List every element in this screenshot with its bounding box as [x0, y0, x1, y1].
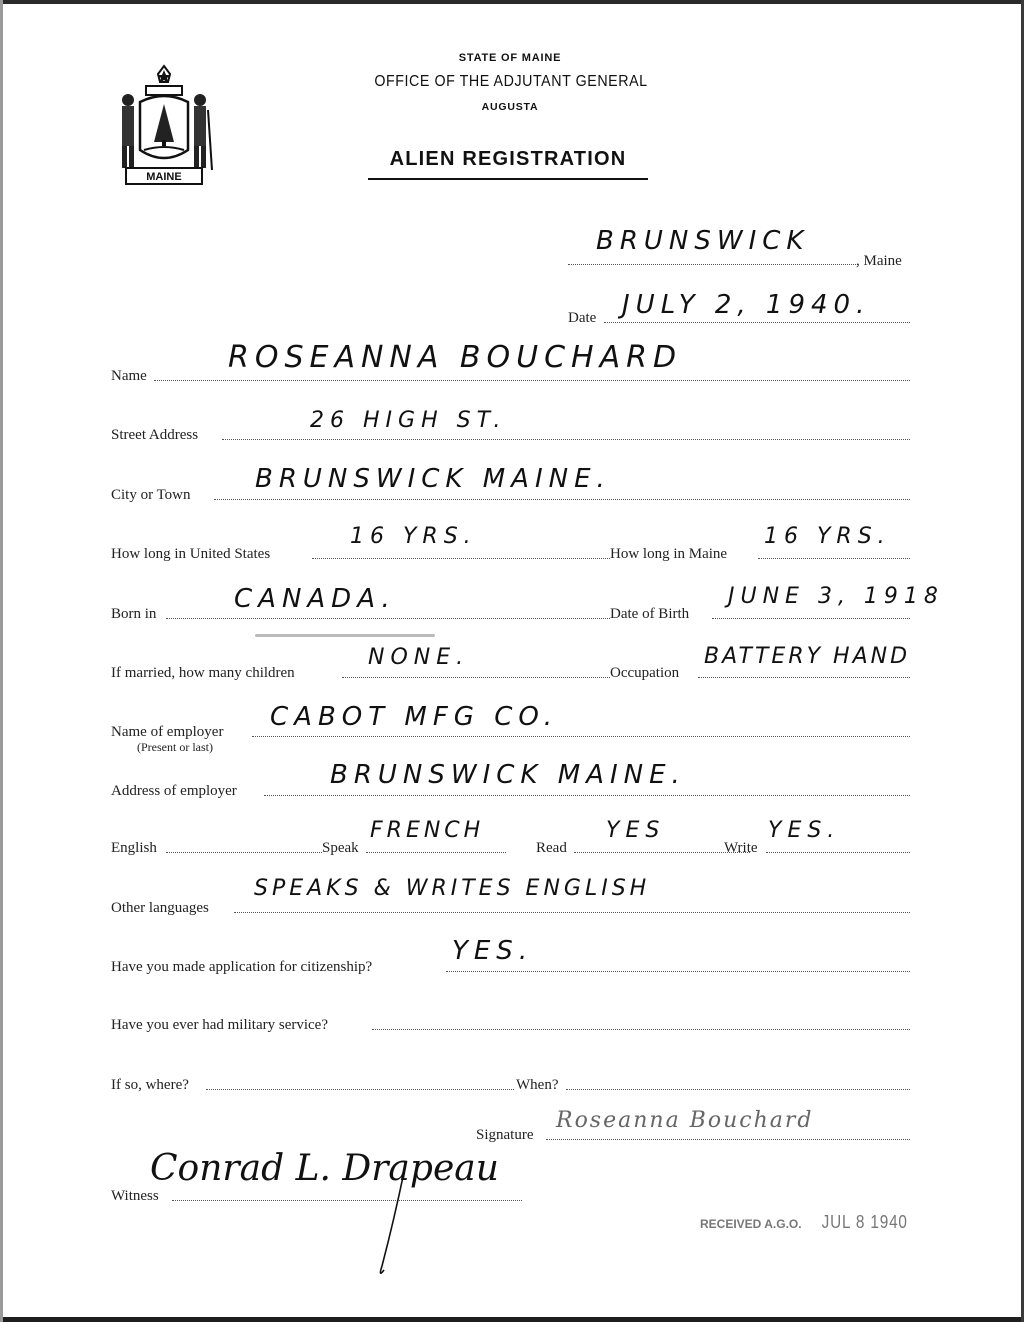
header-office: OFFICE OF THE ADJUTANT GENERAL: [41, 73, 981, 91]
write-label: Write: [724, 840, 758, 857]
other-languages-line: [234, 910, 910, 913]
write-value[interactable]: YES.: [768, 818, 840, 843]
children-value[interactable]: NONE.: [368, 645, 469, 670]
employer-name-label: Name of employer: [111, 724, 223, 741]
signature-label: Signature: [476, 1127, 534, 1144]
occupation-value[interactable]: BATTERY HAND: [704, 644, 910, 669]
city-value[interactable]: BRUNSWICK MAINE.: [255, 464, 611, 494]
born-in-value[interactable]: CANADA.: [234, 584, 396, 614]
svg-text:MAINE: MAINE: [146, 171, 181, 183]
dob-label: Date of Birth: [610, 606, 689, 623]
read-value[interactable]: YES: [606, 818, 665, 843]
signature-line: [546, 1137, 910, 1140]
children-label: If married, how many children: [111, 665, 295, 682]
military-when-label: When?: [516, 1077, 558, 1094]
children-line: [342, 675, 610, 678]
location-line: [568, 262, 856, 265]
header-state: STATE OF MAINE: [0, 52, 1020, 64]
speak-value[interactable]: FRENCH: [370, 818, 484, 843]
military-label: Have you ever had military service?: [111, 1017, 328, 1034]
dob-line: [712, 616, 910, 619]
form-title: ALIEN REGISTRATION: [368, 148, 648, 171]
scan-border-left: [0, 0, 3, 1322]
location-suffix: , Maine: [856, 253, 902, 270]
witness-line: [172, 1198, 522, 1201]
how-long-us-label: How long in United States: [111, 546, 270, 563]
witness-label: Witness: [111, 1188, 159, 1205]
employer-name-sublabel: (Present or last): [137, 740, 213, 755]
citizenship-line: [446, 969, 910, 972]
employer-name-line: [252, 734, 910, 737]
born-in-line: [166, 616, 610, 619]
city-line: [214, 497, 910, 500]
scan-border-top: [0, 0, 1024, 4]
name-value[interactable]: ROSEANNA BOUCHARD: [228, 340, 682, 375]
employer-name-value[interactable]: CABOT MFG CO.: [270, 702, 558, 732]
english-line: [166, 850, 322, 853]
how-long-us-value[interactable]: 16 YRS.: [350, 524, 477, 549]
citizenship-value[interactable]: YES.: [452, 936, 533, 966]
military-line: [372, 1027, 910, 1030]
street-address-value[interactable]: 26 HIGH ST.: [310, 408, 506, 433]
military-where-label: If so, where?: [111, 1077, 189, 1094]
witness-signature-flourish: [370, 1170, 410, 1280]
english-label: English: [111, 840, 157, 857]
employer-address-value[interactable]: BRUNSWICK MAINE.: [330, 760, 686, 790]
speak-label: Speak: [322, 840, 359, 857]
city-label: City or Town: [111, 487, 191, 504]
employer-address-label: Address of employer: [111, 783, 237, 800]
occupation-line: [698, 675, 910, 678]
name-label: Name: [111, 368, 147, 385]
scan-border-bottom: [0, 1317, 1024, 1322]
date-label: Date: [568, 310, 596, 327]
location-value[interactable]: BRUNSWICK: [596, 226, 809, 256]
header-city: AUGUSTA: [0, 101, 1020, 113]
occupation-label: Occupation: [610, 665, 679, 682]
how-long-maine-label: How long in Maine: [610, 546, 727, 563]
signature-value[interactable]: Roseanna Bouchard: [556, 1108, 813, 1133]
speak-line: [366, 850, 506, 853]
write-line: [766, 850, 910, 853]
date-line: [604, 320, 910, 323]
employer-address-line: [264, 793, 910, 796]
other-languages-label: Other languages: [111, 900, 209, 917]
date-value[interactable]: JULY 2, 1940.: [622, 290, 870, 320]
how-long-us-line: [312, 556, 610, 559]
street-address-line: [222, 437, 910, 440]
how-long-maine-line: [758, 556, 910, 559]
read-label: Read: [536, 840, 567, 857]
stamp-date: JUL 8 1940: [821, 1212, 907, 1233]
dob-value[interactable]: JUNE 3, 1918: [728, 584, 944, 609]
citizenship-label: Have you made application for citizenshi…: [111, 959, 372, 976]
witness-value[interactable]: Conrad L. Drapeau: [150, 1148, 499, 1189]
received-stamp: RECEIVED A.G.O. JUL 8 1940: [700, 1212, 915, 1233]
military-where-line: [206, 1087, 514, 1090]
other-languages-value[interactable]: SPEAKS & WRITES ENGLISH: [254, 876, 650, 901]
stamp-prefix: RECEIVED A.G.O.: [700, 1217, 802, 1231]
how-long-maine-value[interactable]: 16 YRS.: [764, 524, 891, 549]
title-underline: [368, 178, 648, 180]
military-when-line: [566, 1087, 910, 1090]
street-address-label: Street Address: [111, 427, 198, 444]
born-in-label: Born in: [111, 606, 156, 623]
pencil-smudge: [255, 634, 435, 637]
name-line: [154, 378, 910, 381]
